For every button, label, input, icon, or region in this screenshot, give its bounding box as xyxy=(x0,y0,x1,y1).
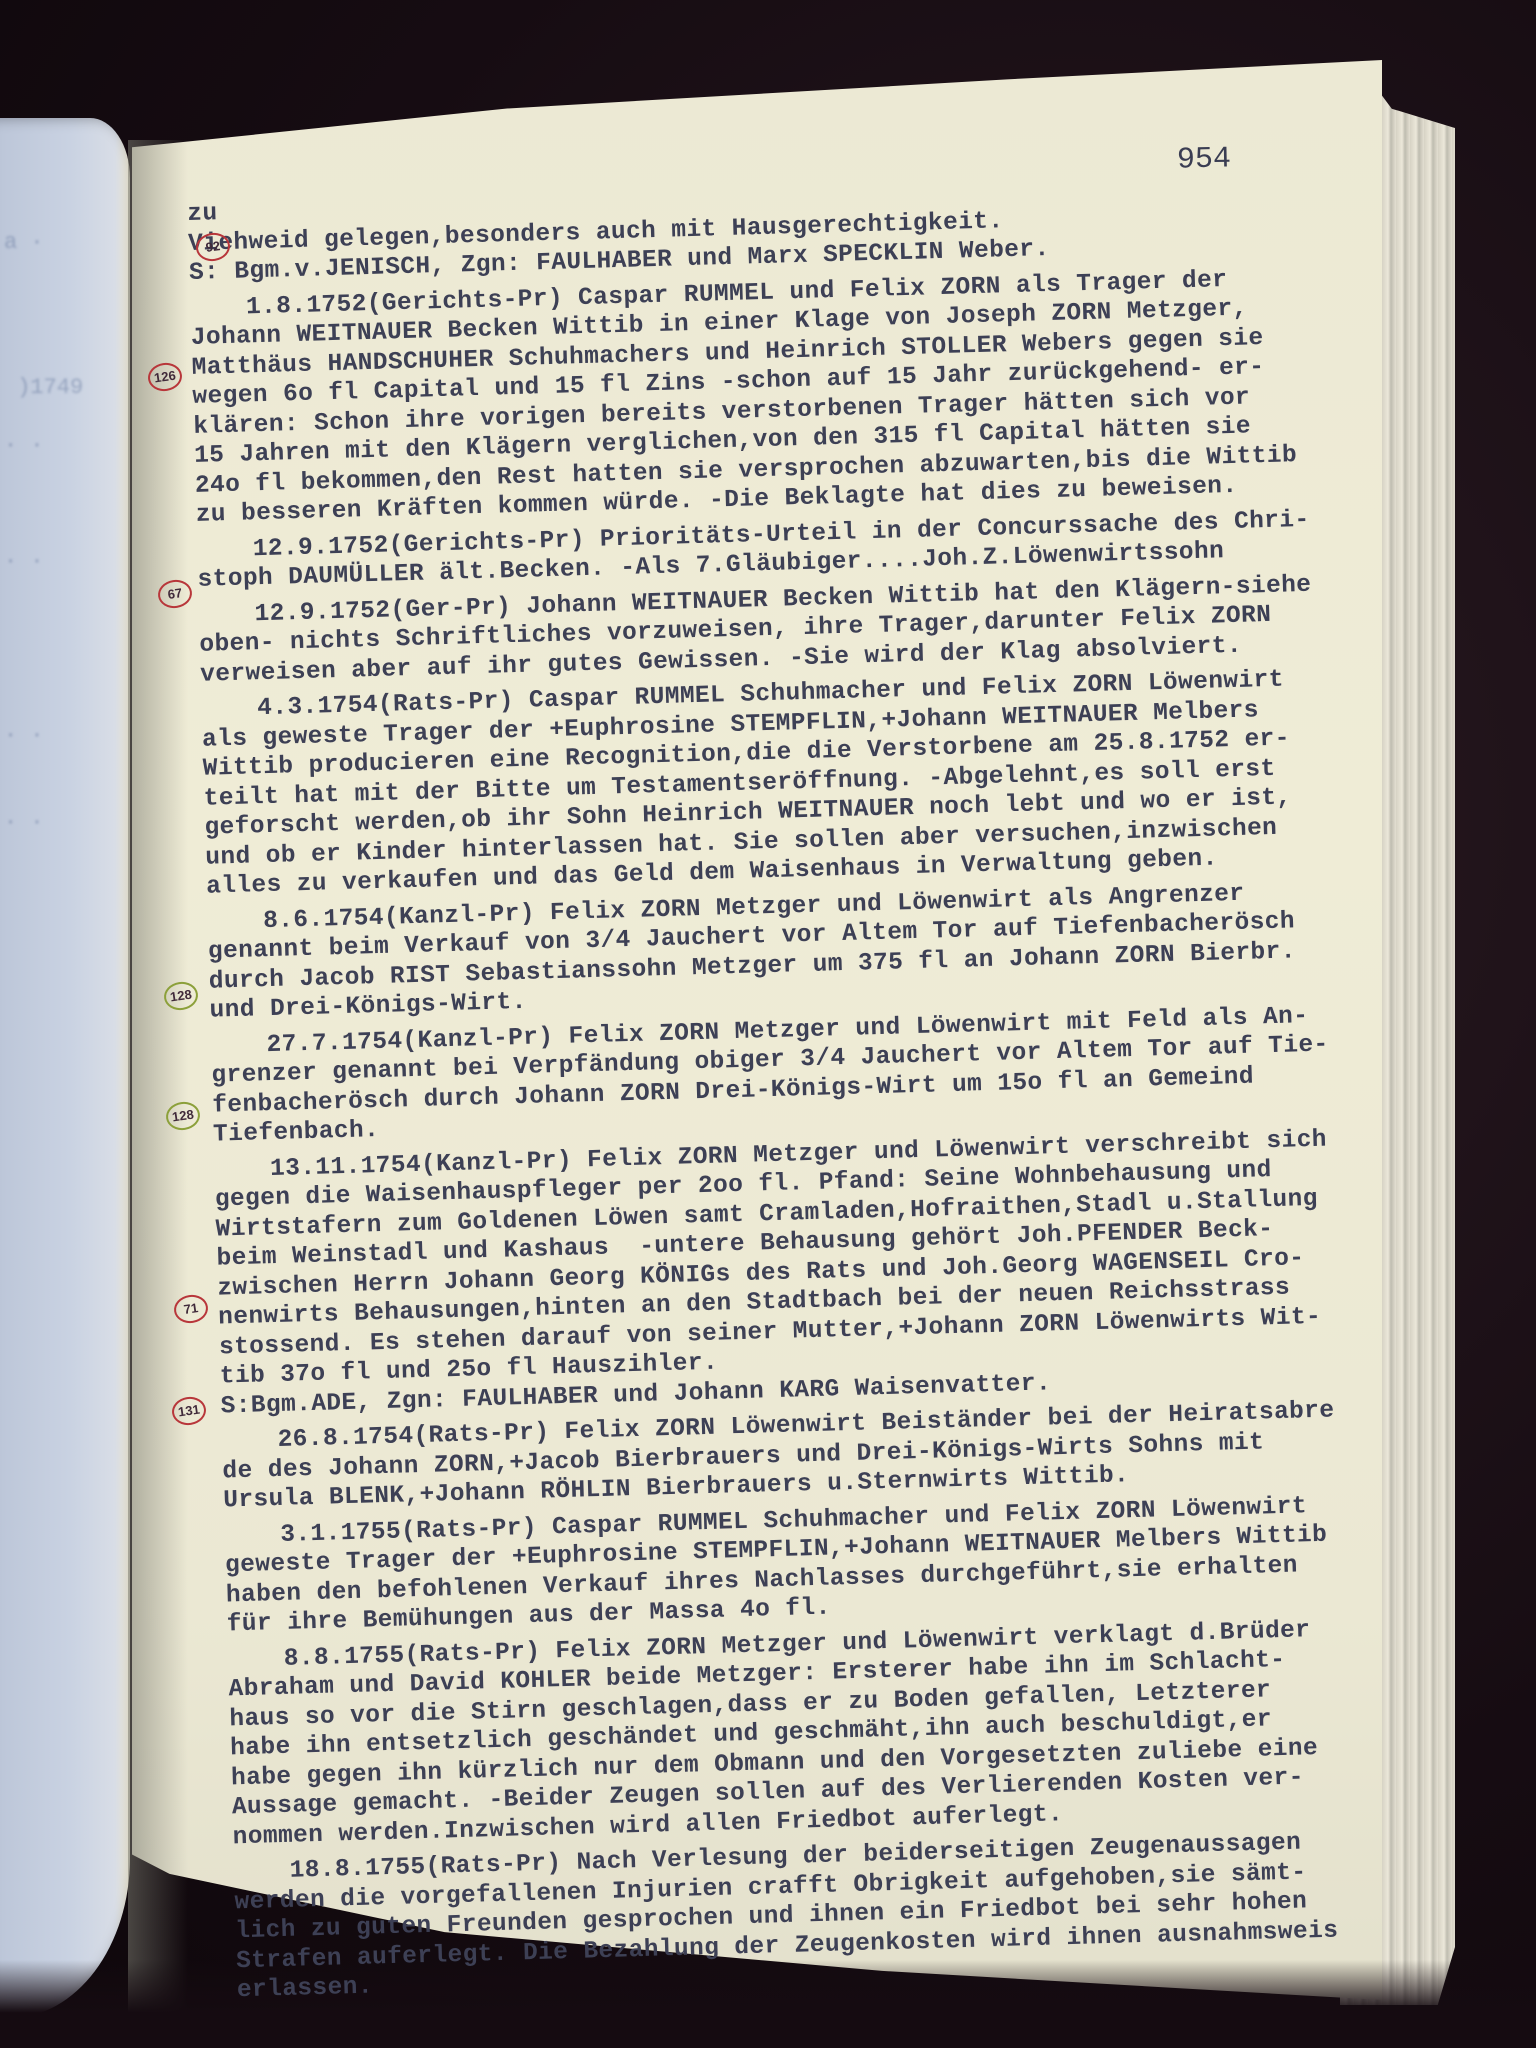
record-entry: 1.8.1752(Gerichts-Pr) Caspar RUMMEL und … xyxy=(190,261,1386,530)
facing-page-left: a · )1749 · · · · · · · · xyxy=(0,118,130,2018)
photo-scene: a · )1749 · · · · · · · · 954 92 126 67 … xyxy=(0,0,1536,2048)
record-entry: 13.11.1754(Kanzl-Pr) Felix ZORN Metzger … xyxy=(214,1123,1411,1422)
facing-page-bleed-text: a · )1749 · · · · · · · · xyxy=(4,228,114,837)
record-entry: 4.3.1754(Rats-Pr) Caspar RUMMEL Schuhmac… xyxy=(201,663,1396,903)
record-entry: 8.8.1755(Rats-Pr) Felix ZORN Metzger und… xyxy=(227,1613,1422,1853)
entries-list: Viehweid gelegen,besonders auch mit Haus… xyxy=(188,196,1427,2006)
typed-text-body: zu Viehweid gelegen,besonders auch mit H… xyxy=(187,167,1427,2012)
record-entry: 18.8.1755(Rats-Pr) Nach Verlesung der be… xyxy=(233,1825,1427,2006)
